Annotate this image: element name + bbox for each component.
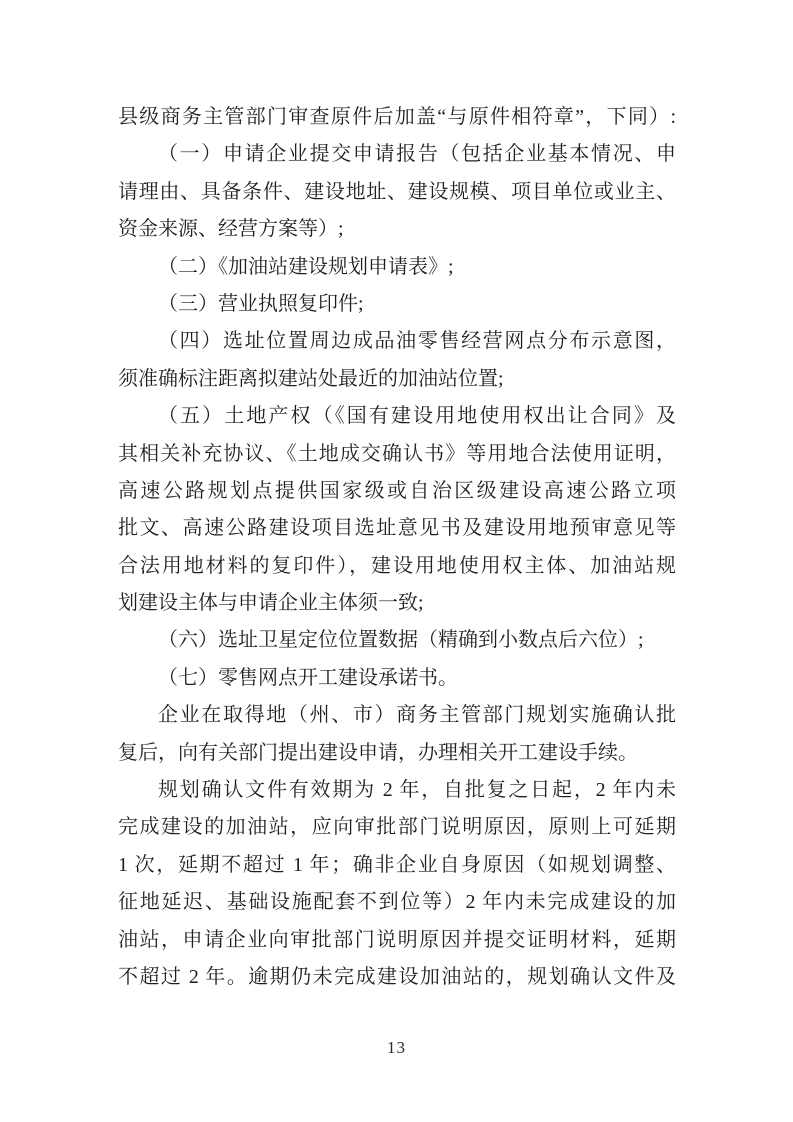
- text-line: 企业在取得地（州、市）商务主管部门规划实施确认批: [118, 697, 676, 734]
- text-line: 不超过 2 年。逾期仍未完成建设加油站的，规划确认文件及: [118, 959, 676, 996]
- text-line: 资金来源、经营方案等）;: [118, 211, 676, 248]
- text-line: （七）零售网点开工建设承诺书。: [118, 660, 676, 697]
- text-line: 完成建设的加油站，应向审批部门说明原因，原则上可延期: [118, 809, 676, 846]
- text-line: 油站，申请企业向审批部门说明原因并提交证明材料，延期: [118, 922, 676, 959]
- text-line: 须准确标注距离拟建站处最近的加油站位置;: [118, 361, 676, 398]
- document-page: 县级商务主管部门审查原件后加盖“与原件相符章”，下同）:（一）申请企业提交申请报…: [0, 0, 793, 1122]
- text-line: 请理由、具备条件、建设地址、建设规模、项目单位或业主、: [118, 174, 676, 211]
- text-line: 批文、高速公路建设项目选址意见书及建设用地预审意见等: [118, 510, 676, 547]
- text-line: （三）营业执照复印件;: [118, 286, 676, 323]
- text-line: （二）《加油站建设规划申请表》;: [118, 249, 676, 286]
- text-line: 1 次，延期不超过 1 年；确非企业自身原因（如规划调整、: [118, 847, 676, 884]
- page-number: 13: [0, 1038, 793, 1058]
- text-line: 合法用地材料的复印件），建设用地使用权主体、加油站规: [118, 548, 676, 585]
- text-line: 征地延迟、基础设施配套不到位等）2 年内未完成建设的加: [118, 884, 676, 921]
- text-line: 划建设主体与申请企业主体须一致;: [118, 585, 676, 622]
- text-line: 复后，向有关部门提出建设申请，办理相关开工建设手续。: [118, 735, 676, 772]
- text-line: 县级商务主管部门审查原件后加盖“与原件相符章”，下同）:: [118, 99, 676, 136]
- text-line: （一）申请企业提交申请报告（包括企业基本情况、申: [118, 136, 676, 173]
- text-line: （四）选址位置周边成品油零售经营网点分布示意图，: [118, 323, 676, 360]
- text-line: 规划确认文件有效期为 2 年，自批复之日起，2 年内未: [118, 772, 676, 809]
- text-line: 其相关补充协议、《土地成交确认书》等用地合法使用证明，: [118, 436, 676, 473]
- text-line: （六）选址卫星定位位置数据（精确到小数点后六位）;: [118, 622, 676, 659]
- document-body: 县级商务主管部门审查原件后加盖“与原件相符章”，下同）:（一）申请企业提交申请报…: [118, 99, 676, 996]
- text-line: （五）土地产权（《国有建设用地使用权出让合同》及: [118, 398, 676, 435]
- text-line: 高速公路规划点提供国家级或自治区级建设高速公路立项: [118, 473, 676, 510]
